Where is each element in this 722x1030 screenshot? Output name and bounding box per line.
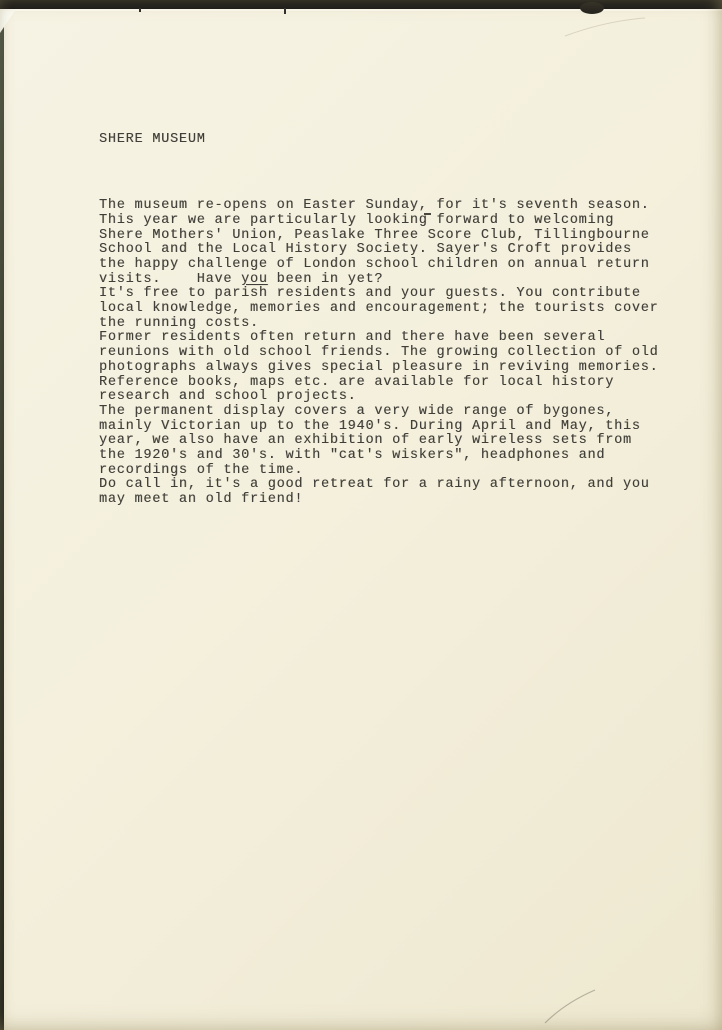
document-title: SHERE MUSEUM (99, 133, 659, 148)
stray-typewriter-mark (424, 213, 431, 215)
text-line: the happy challenge of London school chi… (99, 258, 659, 273)
text-line: visits. Have you been in yet? (99, 273, 659, 288)
scanner-edge-blob (580, 2, 604, 14)
scratch-mark (535, 983, 605, 1028)
text-line: It's free to parish residents and your g… (99, 287, 659, 302)
text-line: The permanent display covers a very wide… (99, 405, 659, 420)
scanner-edge-highlight (0, 9, 722, 11)
text-line: Shere Mothers' Union, Peaslake Three Sco… (99, 229, 659, 244)
text-line: School and the Local History Society. Sa… (99, 243, 659, 258)
scanner-edge-tick (284, 8, 286, 14)
text-line: This year we are particularly looking fo… (99, 214, 659, 229)
text-line: Do call in, it's a good retreat for a ra… (99, 478, 659, 493)
corner-notch (0, 9, 16, 33)
text-line: Former residents often return and there … (99, 331, 659, 346)
body-text: The museum re-opens on Easter Sunday, fo… (99, 199, 659, 507)
text-line: mainly Victorian up to the 1940's. Durin… (99, 420, 659, 435)
text-line: The museum re-opens on Easter Sunday, fo… (99, 199, 659, 214)
text-line: research and school projects. (99, 390, 659, 405)
text-line: may meet an old friend! (99, 493, 659, 508)
left-edge-strip (0, 4, 4, 1030)
text-line: local knowledge, memories and encouragem… (99, 302, 659, 317)
scanner-edge-tick (139, 8, 141, 12)
scanner-edge-bar (0, 0, 722, 9)
scanned-page: SHERE MUSEUM The museum re-opens on East… (0, 0, 722, 1030)
text-line: recordings of the time. (99, 464, 659, 479)
text-line: the running costs. (99, 317, 659, 332)
text-line: the 1920's and 30's. with "cat's wiskers… (99, 449, 659, 464)
text-line: year, we also have an exhibition of earl… (99, 434, 659, 449)
crease-mark (560, 12, 650, 40)
text-line: Reference books, maps etc. are available… (99, 376, 659, 391)
document-text-block: SHERE MUSEUM The museum re-opens on East… (99, 104, 659, 537)
text-line: reunions with old school friends. The gr… (99, 346, 659, 361)
text-line: photographs always gives special pleasur… (99, 361, 659, 376)
